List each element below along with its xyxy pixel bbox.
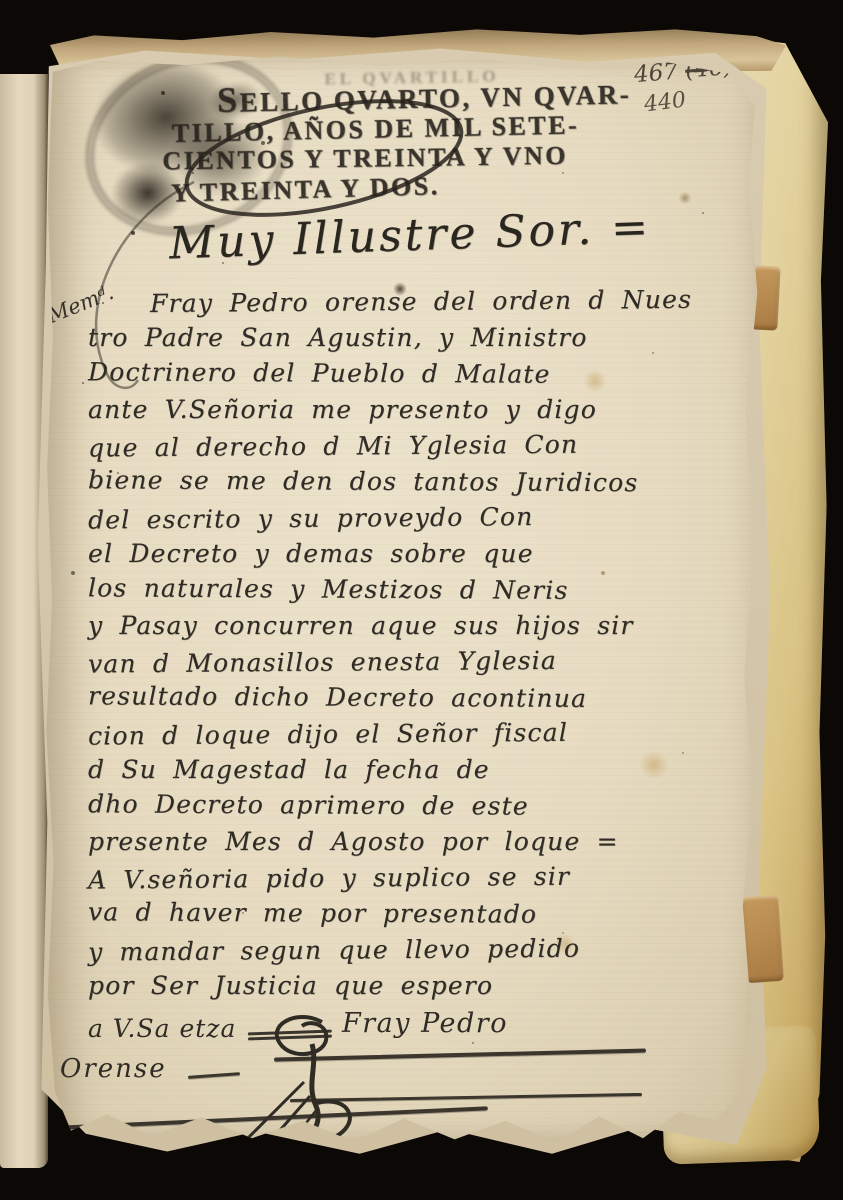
body-line: los naturales y Mestizos d Neris [88,570,736,609]
signature-surname: Orense [60,1054,167,1084]
body-line: d Su Magestad la fecha de [88,752,736,788]
body-line: y Pasay concurren aque sus hijos sir [88,608,736,644]
body-line: el Decreto y demas sobre que [88,536,736,572]
body-line: del escrito y su proveydo Con [88,497,736,538]
body-line: resultado dicho Decreto acontinua [88,678,736,717]
body-line: presente Mes d Agosto por loque = [88,824,736,860]
body-line: biene se me den dos tantos Juridicos [88,462,736,501]
body-line: que al derecho d Mi Yglesia Con [88,425,736,466]
signature-rubric [226,1008,406,1178]
body-line: A V.señoria pido y suplico se sir [88,857,736,898]
ink-specks [42,52,44,54]
body-line: dho Decreto aprimero de este [88,786,736,825]
body-line: Doctrinero del Pueblo d Malate [88,354,736,393]
body-line: cion d loque dijo el Señor fiscal [88,713,736,754]
body-line: y mandar segun que llevo pedido [88,929,736,970]
body-line: Fray Pedro orense del orden d Nues [88,281,736,322]
signature-closing: a V.Sa etza [88,1014,236,1043]
body-line: van d Monasillos enesta Yglesia [88,641,736,682]
body-line: va d haver me por presentado [88,894,736,933]
body-line: ante V.Señoria me presento y digo [88,392,736,428]
body-line: por Ser Justicia que espero [88,968,736,1004]
petition-body: Fray Pedro orense del orden d Nues tro P… [88,284,736,1004]
folio-alt-number: 440 [643,88,688,118]
tax-stamp-text: SELLO QVARTO, VN QVAR- TILLO, AÑOS DE MI… [159,77,661,206]
manuscript-photo: { "document": { "stamp": { "offset_line"… [0,0,843,1200]
body-line: tro Padre San Agustin, y Ministro [88,320,736,356]
manuscript-page: EL QVARTILLO SELLO QVARTO, VN QVAR- TILL… [42,52,766,1147]
